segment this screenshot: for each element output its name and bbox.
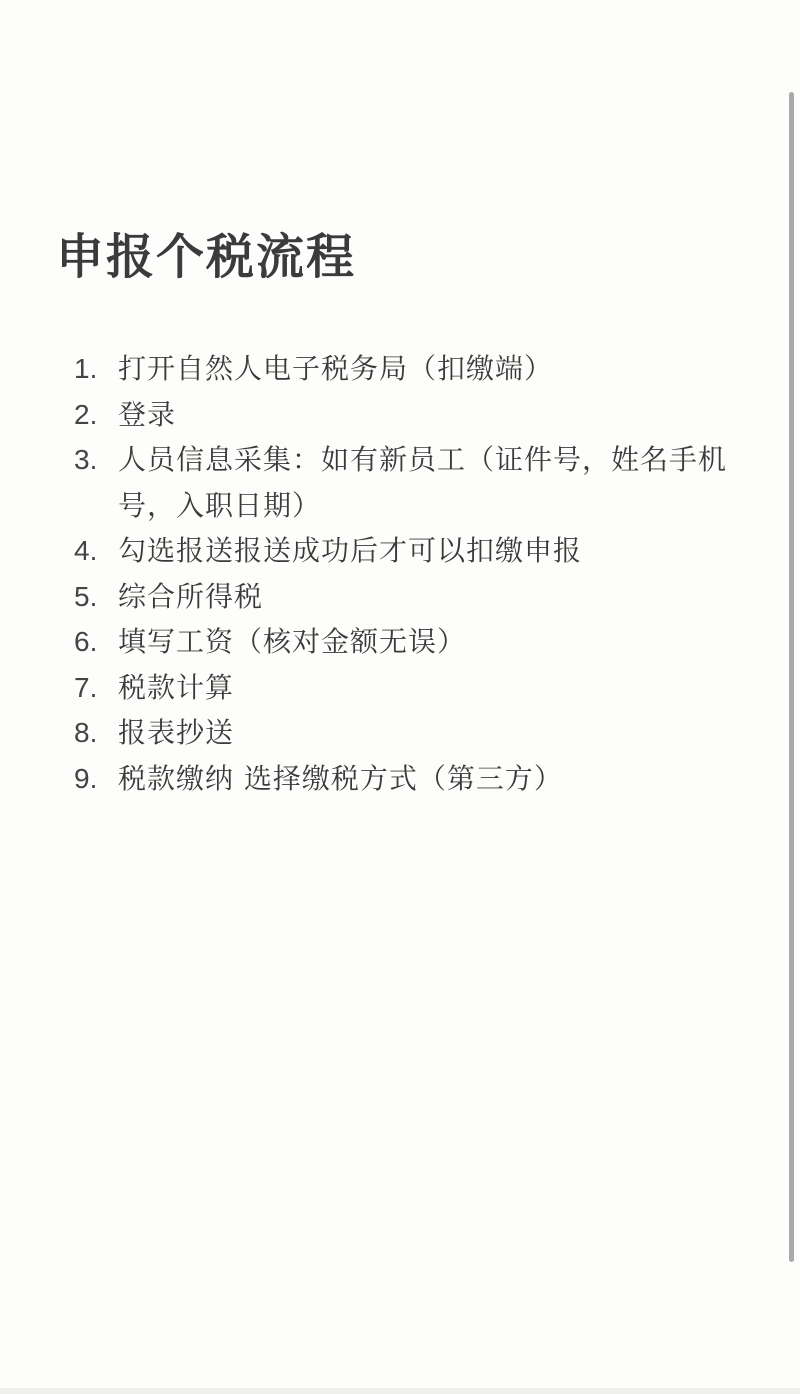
step-number: 7.: [74, 665, 118, 711]
document-title: 申报个税流程: [56, 222, 356, 292]
step-number: 2.: [74, 392, 118, 438]
note-page: 申报个税流程 1. 打开自然人电子税务局（扣缴端） 2. 登录 3. 人员信息采…: [0, 0, 800, 1394]
step-text: 打开自然人电子税务局（扣缴端）: [118, 346, 754, 392]
step-number: 5.: [74, 574, 118, 620]
list-item: 6. 填写工资（核对金额无误）: [74, 619, 754, 665]
step-number: 9.: [74, 756, 118, 802]
step-number: 6.: [74, 619, 118, 665]
scrollbar-thumb[interactable]: [789, 92, 794, 1262]
step-number: 3.: [74, 437, 118, 483]
step-number: 8.: [74, 710, 118, 756]
list-item: 2. 登录: [74, 392, 754, 438]
step-text: 报表抄送: [118, 710, 754, 756]
list-item: 5. 综合所得税: [74, 574, 754, 620]
step-text: 登录: [118, 392, 754, 438]
step-text: 税款计算: [118, 665, 754, 711]
list-item: 7. 税款计算: [74, 665, 754, 711]
step-text: 填写工资（核对金额无误）: [118, 619, 754, 665]
bottom-edge: [0, 1388, 800, 1394]
step-number: 4.: [74, 528, 118, 574]
list-item: 4. 勾选报送报送成功后才可以扣缴申报: [74, 528, 754, 574]
step-text: 税款缴纳 选择缴税方式（第三方）: [118, 756, 754, 802]
list-item: 3. 人员信息采集：如有新员工（证件号，姓名手机号，入职日期）: [74, 437, 754, 528]
step-text: 勾选报送报送成功后才可以扣缴申报: [118, 528, 754, 574]
step-text: 综合所得税: [118, 574, 754, 620]
list-item: 1. 打开自然人电子税务局（扣缴端）: [74, 346, 754, 392]
list-item: 9. 税款缴纳 选择缴税方式（第三方）: [74, 756, 754, 802]
list-item: 8. 报表抄送: [74, 710, 754, 756]
step-number: 1.: [74, 346, 118, 392]
steps-list: 1. 打开自然人电子税务局（扣缴端） 2. 登录 3. 人员信息采集：如有新员工…: [74, 346, 754, 801]
step-text: 人员信息采集：如有新员工（证件号，姓名手机号，入职日期）: [118, 437, 754, 528]
